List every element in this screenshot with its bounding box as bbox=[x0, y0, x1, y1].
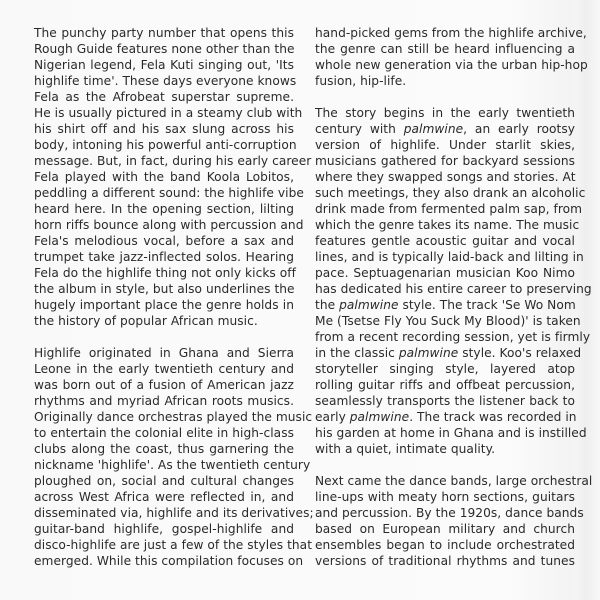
text-line: Nigerian legend, Fela Kuti singing out, … bbox=[34, 57, 294, 73]
italic-term: palmwine bbox=[404, 122, 463, 136]
text-line: pace. Septuagenarian musician Koo Nimo bbox=[315, 265, 575, 281]
text-line: peddling a different sound: the highlife… bbox=[34, 185, 294, 201]
text-line: with a quiet, intimate quality. bbox=[315, 441, 575, 457]
text-line: Rough Guide features none other than the bbox=[34, 41, 294, 57]
text-line: highlife time'. These days everyone know… bbox=[34, 73, 294, 89]
text-line: and percussion. By the 1920s, dance band… bbox=[315, 505, 575, 521]
text-line: disco-highlife are just a few of the sty… bbox=[34, 537, 294, 553]
text-line: The punchy party number that opens this bbox=[34, 25, 294, 41]
text-line: versions of traditional rhythms and tune… bbox=[315, 553, 575, 569]
italic-term: palmwine bbox=[350, 410, 409, 424]
left-column: The punchy party number that opens thisR… bbox=[34, 25, 294, 585]
text-line: Originally dance orchestras played the m… bbox=[34, 409, 294, 425]
paragraph-dance-bands: Next came the dance bands, large orchest… bbox=[315, 473, 575, 569]
text-line: Leone in the early twentieth century and bbox=[34, 361, 294, 377]
text-line: seamlessly transports the listener back … bbox=[315, 393, 575, 409]
paragraph-hip-life: hand-picked gems from the highlife archi… bbox=[315, 25, 575, 89]
document-page: The punchy party number that opens thisR… bbox=[0, 0, 600, 600]
text-line: musicians gathered for backyard sessions bbox=[315, 153, 575, 169]
italic-term: palmwine bbox=[339, 298, 398, 312]
text-line: to entertain the colonial elite in high-… bbox=[34, 425, 294, 441]
text-line: based on European military and church bbox=[315, 521, 575, 537]
text-line: which the genre takes its name. The musi… bbox=[315, 217, 575, 233]
text-line: fusion, hip-life. bbox=[315, 73, 575, 89]
text-line: clubs along the coast, thus garnering th… bbox=[34, 441, 294, 457]
text-line: from a recent recording session, yet is … bbox=[315, 329, 575, 345]
text-line: horn riffs bounce along with percussion … bbox=[34, 217, 294, 233]
text-line: disseminated via, highlife and its deriv… bbox=[34, 505, 294, 521]
text-line: The story begins in the early twentieth bbox=[315, 105, 575, 121]
text-line: ploughed on, social and cultural changes bbox=[34, 473, 294, 489]
text-line: in the classic palmwine style. Koo's rel… bbox=[315, 345, 575, 361]
text-line: emerged. While this compilation focuses … bbox=[34, 553, 294, 569]
right-column: hand-picked gems from the highlife archi… bbox=[315, 25, 575, 585]
text-line: was born out of a fusion of American jaz… bbox=[34, 377, 294, 393]
text-line: hugely important place the genre holds i… bbox=[34, 297, 294, 313]
text-line: Highlife originated in Ghana and Sierra bbox=[34, 345, 294, 361]
text-line: Next came the dance bands, large orchest… bbox=[315, 473, 575, 489]
text-line: drink made from fermented palm sap, from bbox=[315, 201, 575, 217]
text-line: has dedicated his entire career to prese… bbox=[315, 281, 575, 297]
text-line: heard here. In the opening section, lilt… bbox=[34, 201, 294, 217]
text-line: such meetings, they also drank an alcoho… bbox=[315, 185, 575, 201]
text-line: Fela played with the band Koola Lobitos, bbox=[34, 169, 294, 185]
text-line: the history of popular African music. bbox=[34, 313, 294, 329]
text-line: Fela as the Afrobeat superstar supreme. bbox=[34, 89, 294, 105]
text-line: where they swapped songs and stories. At bbox=[315, 169, 575, 185]
text-line: his shirt off and his sax slung across h… bbox=[34, 121, 294, 137]
text-line: rolling guitar riffs and offbeat percuss… bbox=[315, 377, 575, 393]
text-line: early palmwine. The track was recorded i… bbox=[315, 409, 575, 425]
text-line: ensembles began to include orchestrated bbox=[315, 537, 575, 553]
text-line: the genre can still be heard influencing… bbox=[315, 41, 575, 57]
italic-term: palmwine bbox=[399, 346, 458, 360]
text-line: message. But, in fact, during his early … bbox=[34, 153, 294, 169]
text-line: Fela do the highlife thing not only kick… bbox=[34, 265, 294, 281]
paragraph-fela-kuti: The punchy party number that opens thisR… bbox=[34, 25, 294, 329]
text-line: whole new generation via the urban hip-h… bbox=[315, 57, 575, 73]
text-line: Me (Tsetse Fly You Suck My Blood)' is ta… bbox=[315, 313, 575, 329]
paragraph-highlife-origins: Highlife originated in Ghana and SierraL… bbox=[34, 345, 294, 569]
text-line: nickname 'highlife'. As the twentieth ce… bbox=[34, 457, 294, 473]
text-line: century with palmwine, an early rootsy bbox=[315, 121, 575, 137]
text-line: rhythms and myriad African roots musics. bbox=[34, 393, 294, 409]
text-line: version of highlife. Under starlit skies… bbox=[315, 137, 575, 153]
text-line: guitar-band highlife, gospel-highlife an… bbox=[34, 521, 294, 537]
text-line: his garden at home in Ghana and is insti… bbox=[315, 425, 575, 441]
text-line: line-ups with meaty horn sections, guita… bbox=[315, 489, 575, 505]
text-line: features gentle acoustic guitar and voca… bbox=[315, 233, 575, 249]
text-line: across West Africa were reflected in, an… bbox=[34, 489, 294, 505]
text-line: storyteller singing style, layered atop bbox=[315, 361, 575, 377]
text-line: Fela's melodious vocal, before a sax and bbox=[34, 233, 294, 249]
text-line: body, intoning his powerful anti-corrupt… bbox=[34, 137, 294, 153]
text-line: the palmwine style. The track 'Se Wo Nom bbox=[315, 297, 575, 313]
text-line: hand-picked gems from the highlife archi… bbox=[315, 25, 575, 41]
text-line: trumpet take jazz-inflected solos. Heari… bbox=[34, 249, 294, 265]
paragraph-palmwine: The story begins in the early twentiethc… bbox=[315, 105, 575, 457]
text-line: the album in style, but also underlines … bbox=[34, 281, 294, 297]
text-line: He is usually pictured in a steamy club … bbox=[34, 105, 294, 121]
text-line: lines, and is typically laid-back and li… bbox=[315, 249, 575, 265]
